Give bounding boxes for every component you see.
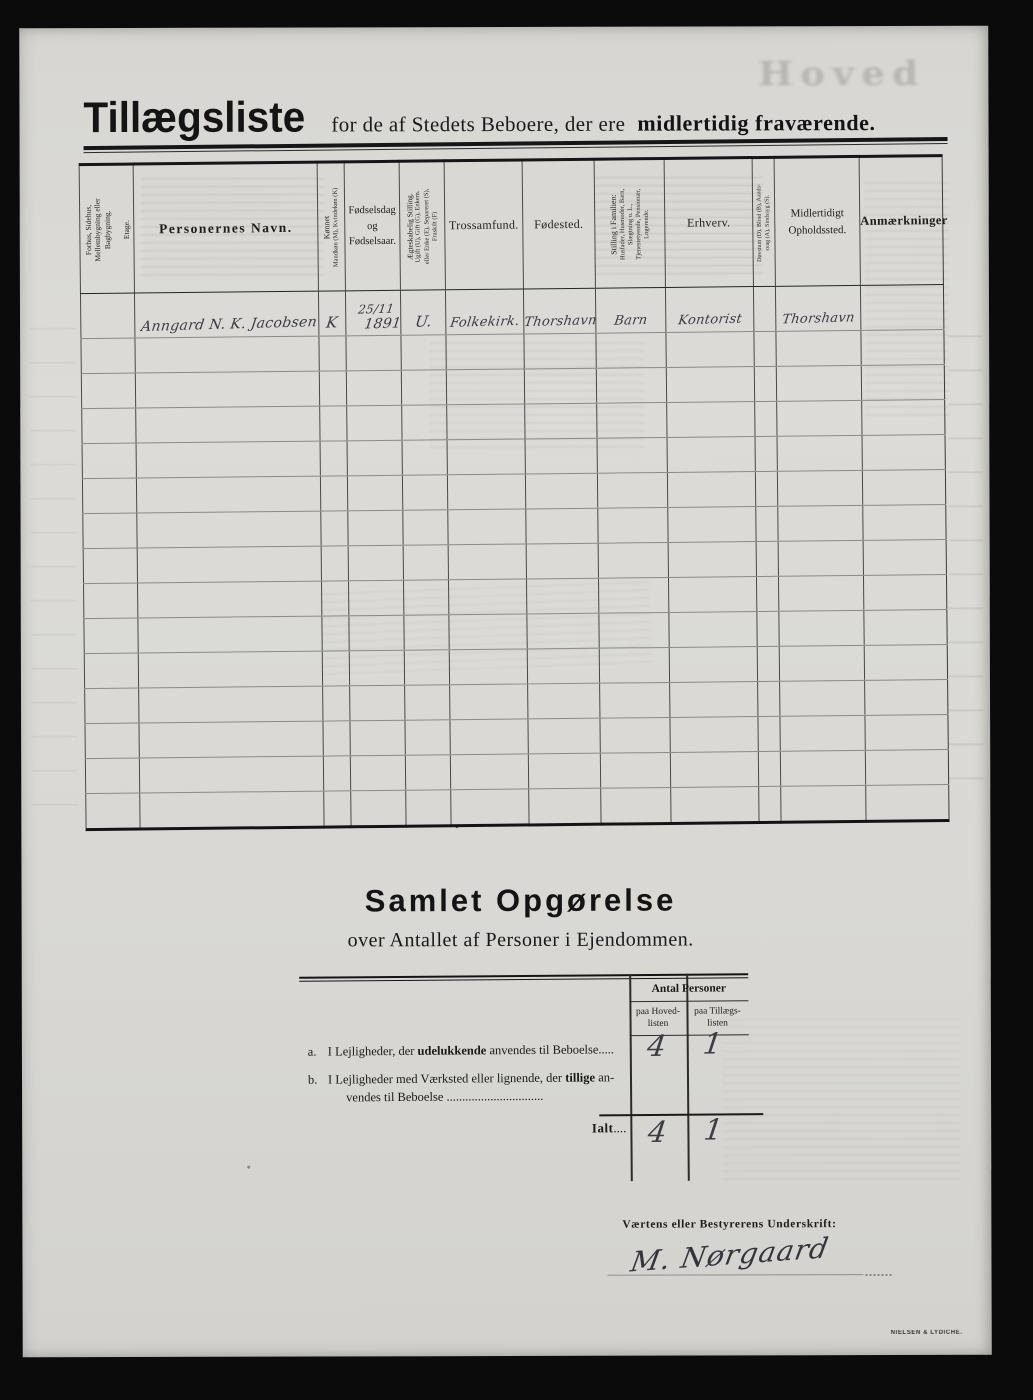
summary-row-a-tillaegs-value: 1 (689, 1026, 736, 1060)
document-page: Hoved Tillægsliste for de af Stedets Beb… (19, 26, 991, 1358)
summary-top-rule (299, 973, 748, 982)
summary-row-a: a.I Lejligheder, der udelukkende anvende… (308, 1042, 628, 1060)
summary-section: Samlet Opgørelse over Antallet af Person… (19, 26, 991, 1358)
summary-columns-header: Antal Personer (629, 982, 748, 995)
summary-table: Antal Personer paa Hoved- listen paa Til… (299, 973, 771, 1192)
summary-total-label: Ialt.... (528, 1120, 626, 1137)
summary-title: Samlet Opgørelse (221, 882, 821, 920)
summary-header-underline (629, 1000, 748, 1002)
summary-col-hovedlisten: paa Hoved- listen (630, 1006, 685, 1031)
summary-subtitle: over Antallet af Personer i Ejendommen. (221, 928, 821, 953)
summary-row-a-hoved-value: 4 (631, 1029, 682, 1063)
scan-background: Hoved Tillægsliste for de af Stedets Beb… (0, 0, 1033, 1400)
summary-total-hoved-value: 4 (632, 1115, 683, 1149)
summary-row-b-line2: vendes til Beboelse ....................… (346, 1088, 646, 1105)
summary-row-b: b.I Lejligheder med Værksted eller ligne… (308, 1070, 628, 1088)
summary-total-tillaegs-value: 1 (690, 1112, 737, 1146)
